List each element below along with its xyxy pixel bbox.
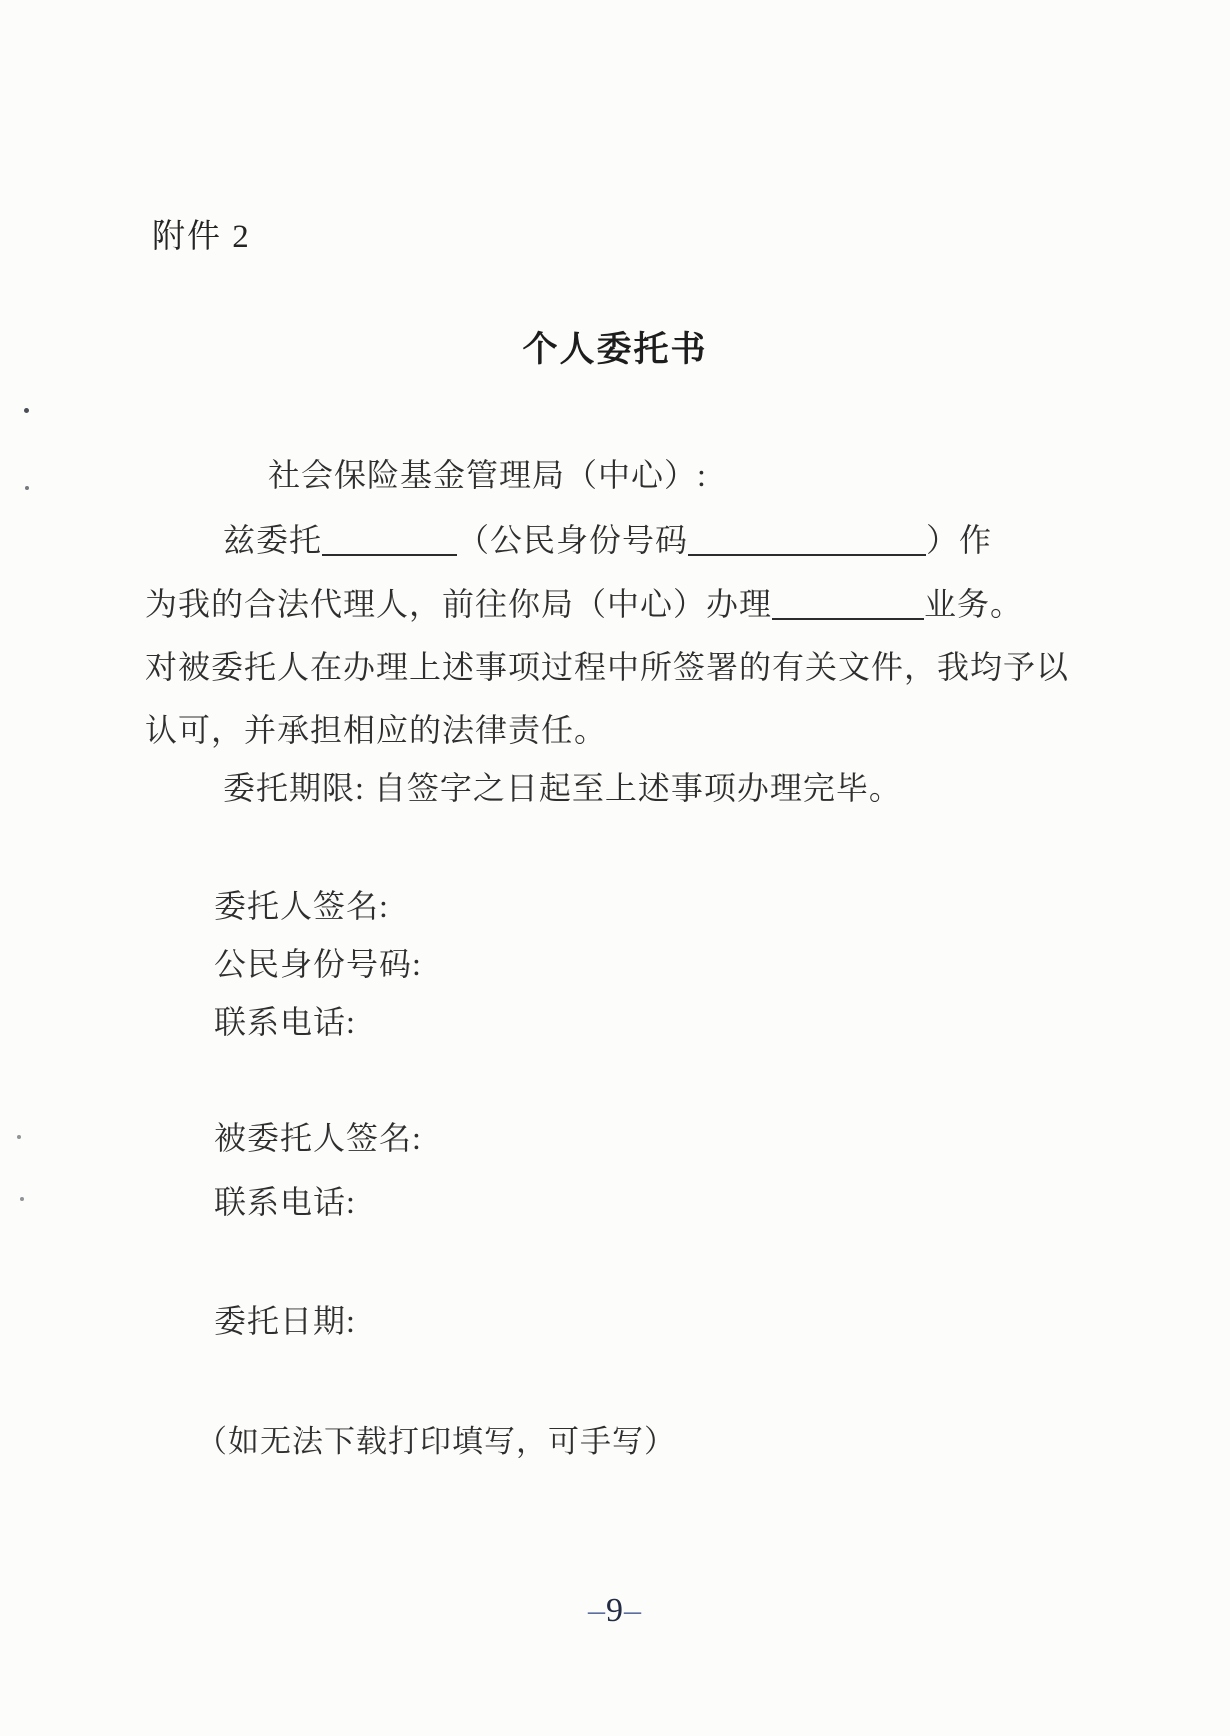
body-line-3: 对被委托人在办理上述事项过程中所签署的有关文件，我均予以 xyxy=(145,642,1069,688)
principal-id-label: 公民身份号码: xyxy=(214,939,422,985)
handwriting-note: （如无法下载打印填写，可手写） xyxy=(196,1416,676,1461)
page-number-right-dash: – xyxy=(624,1592,642,1629)
principal-signature-label: 委托人签名: xyxy=(214,881,389,927)
line1-text-close: ）作 xyxy=(926,522,992,558)
agent-signature-label: 被委托人签名: xyxy=(214,1113,422,1159)
salutation: 社会保险基金管理局（中心）: xyxy=(268,450,707,496)
scan-speck xyxy=(24,408,29,413)
document-page: 附件 2 个人委托书 社会保险基金管理局（中心）: 兹委托（公民身份号码）作 为… xyxy=(0,0,1230,1736)
document-title: 个人委托书 xyxy=(0,322,1230,372)
attachment-label: 附件 2 xyxy=(152,210,251,257)
line2-text-agent: 为我的合法代理人，前往你局（中心）办理 xyxy=(145,586,772,622)
blank-agent-name xyxy=(322,520,457,556)
body-line-2: 为我的合法代理人，前往你局（中心）办理业务。 xyxy=(145,579,1023,625)
page-number: –9– xyxy=(0,1592,1230,1630)
body-line-1: 兹委托（公民身份号码）作 xyxy=(223,515,992,561)
line1-text-id-open: （公民身份号码 xyxy=(457,522,688,558)
page-number-left-dash: – xyxy=(588,1592,606,1629)
agent-phone-label: 联系电话: xyxy=(214,1177,356,1223)
scan-speck xyxy=(25,486,29,490)
blank-business-type xyxy=(772,584,924,620)
entrust-date-label: 委托日期: xyxy=(214,1296,356,1342)
body-line-5-entrust-period: 委托期限: 自签字之日起至上述事项办理完毕。 xyxy=(223,763,902,809)
blank-id-number xyxy=(688,520,926,556)
line2-text-business: 业务。 xyxy=(924,586,1023,622)
body-line-4: 认可，并承担相应的法律责任。 xyxy=(145,705,607,751)
page-number-digit: 9 xyxy=(606,1592,624,1629)
scan-speck xyxy=(20,1197,24,1201)
scan-speck xyxy=(17,1135,21,1139)
principal-phone-label: 联系电话: xyxy=(214,997,356,1043)
line1-text-entrust: 兹委托 xyxy=(223,522,322,558)
